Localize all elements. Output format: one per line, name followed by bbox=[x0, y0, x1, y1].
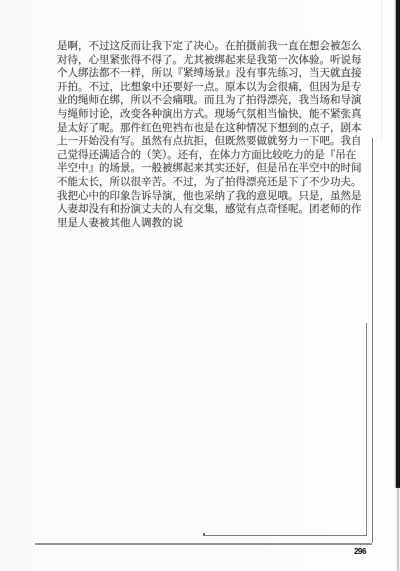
scan-edge-shadow-light bbox=[397, 488, 399, 571]
text-line: 里是人妻被其他人调教的说 bbox=[57, 217, 351, 231]
text-line: 半空中』的场景。一般被绑起来其实还好，但是吊在半空中的时间 bbox=[57, 162, 351, 176]
text-line: 不能太长，所以很辛苦。不过，为了拍得漂亮还是下了不少功夫。 bbox=[57, 176, 351, 190]
inner-box-right-border bbox=[366, 323, 367, 535]
scan-edge-shadow-dark bbox=[396, 0, 400, 488]
page-number: 296 bbox=[349, 547, 371, 556]
text-line: 人妻却没有和扮演丈夫的人有交集，感觉有点奇怪呢。团老师的作 bbox=[57, 203, 351, 217]
body-paragraph: 是啊，不过这反而让我下定了决心。在拍摄前我一直在想会被怎么 对待，心里紧张得不得… bbox=[57, 40, 351, 230]
inner-box-border-tick bbox=[203, 533, 205, 536]
text-line: 开拍。不过，比想象中还要好一点。原本以为会很痛，但因为是专 bbox=[57, 81, 351, 95]
text-line: 个人绑法都不一样，所以『紧缚场景』没有事先练习，当天就直接 bbox=[57, 67, 351, 81]
faint-top-right-rule bbox=[381, 0, 382, 140]
outer-box-bottom-border bbox=[35, 543, 372, 545]
text-line: 对待，心里紧张得不得了。尤其被绑起来是我第一次体验。听说每 bbox=[57, 54, 351, 68]
text-line: 是啊，不过这反而让我下定了决心。在拍摄前我一直在想会被怎么 bbox=[57, 40, 351, 54]
text-line: 我把心中的印象告诉导演，他也采纳了我的意见哦。只是，虽然是 bbox=[57, 190, 351, 204]
text-line: 是太好了呢。那件红色兜裆布也是在这种情况下想到的点子，剧本 bbox=[57, 122, 351, 136]
scanned-book-page: 是啊，不过这反而让我下定了决心。在拍摄前我一直在想会被怎么 对待，心里紧张得不得… bbox=[0, 0, 400, 571]
text-line: 业的绳师在绑，所以不会痛哦。而且为了拍得漂亮，我当场和导演 bbox=[57, 94, 351, 108]
text-line: 上一开始没有写。虽然有点抗拒，但既然要做就努力一下吧。我自 bbox=[57, 135, 351, 149]
text-line: 与绳师讨论，改变各种演出方式。现场气氛相当愉快，能不紧张真 bbox=[57, 108, 351, 122]
text-line: 己觉得还满适合的（笑）。还有，在体力方面比较吃力的是『吊在 bbox=[57, 149, 351, 163]
inner-box-bottom-border bbox=[203, 535, 367, 536]
outer-box-right-border bbox=[372, 138, 373, 543]
